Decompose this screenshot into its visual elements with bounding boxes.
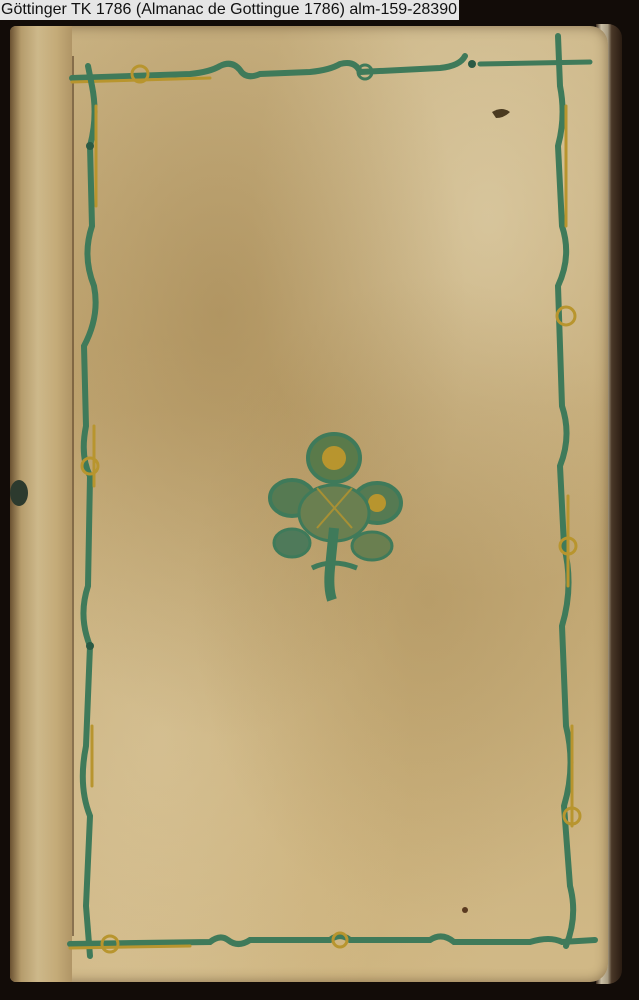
floral-bouquet-icon — [262, 418, 407, 603]
image-caption: Göttinger TK 1786 (Almanac de Gottingue … — [0, 0, 459, 20]
book-cover — [10, 26, 608, 982]
leather-blemish — [492, 109, 510, 118]
